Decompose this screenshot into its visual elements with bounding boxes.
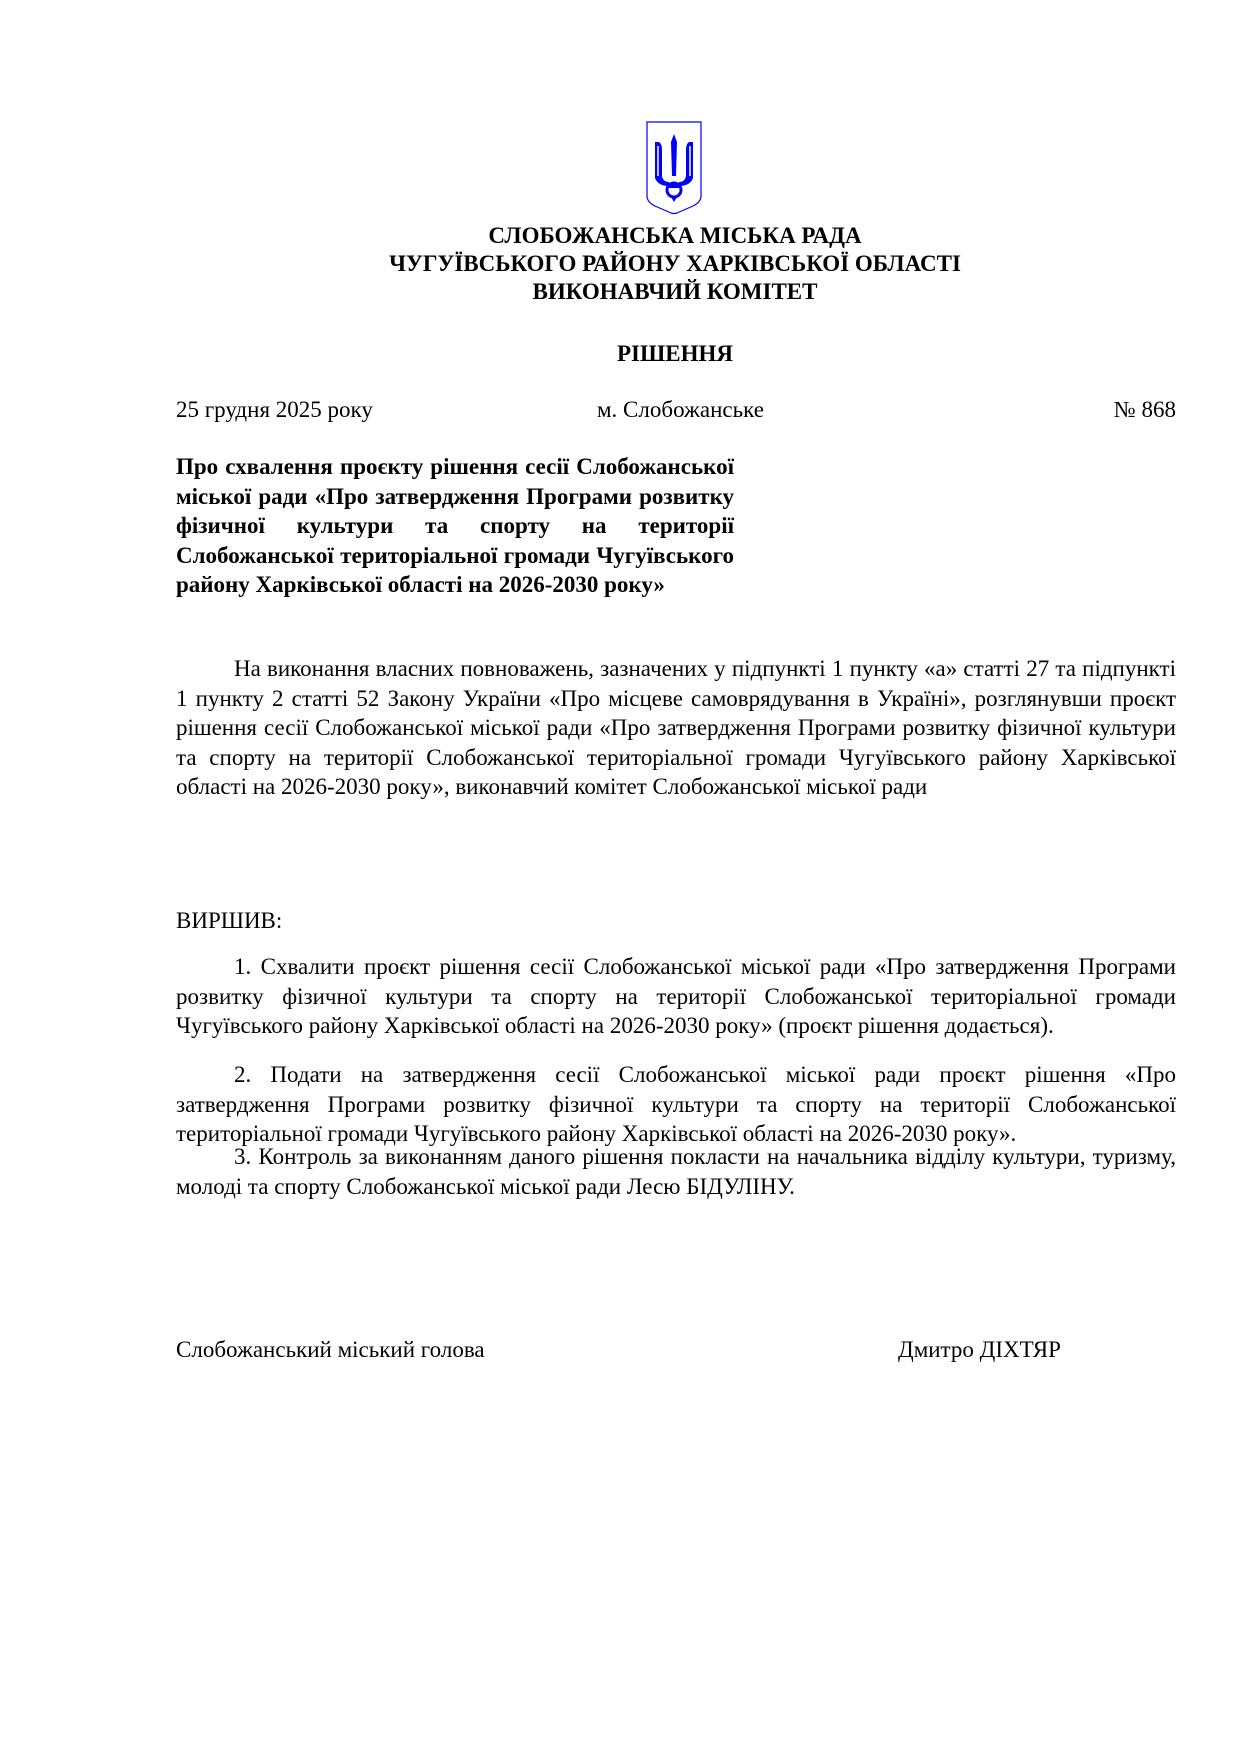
resolution-item-1: 1. Схвалити проєкт рішення сесії Слобожа… xyxy=(176,952,1176,1041)
coat-of-arms-icon xyxy=(645,120,703,215)
resolution-item-3: 3. Контроль за виконанням даного рішення… xyxy=(176,1142,1176,1201)
header-executive-committee: ВИКОНАВЧИЙ КОМІТЕТ xyxy=(0,278,1240,306)
preamble-paragraph: На виконання власних повноважень, зазнач… xyxy=(176,654,1176,802)
signatory-title: Слобожанський міський голова xyxy=(176,1335,485,1365)
resolved-label: ВИРШИВ: xyxy=(176,906,1176,936)
header-council-name: СЛОБОЖАНСЬКА МІСЬКА РАДА xyxy=(0,222,1240,250)
decision-date: 25 грудня 2025 року xyxy=(176,395,373,425)
document-page: СЛОБОЖАНСЬКА МІСЬКА РАДА ЧУГУЇВСЬКОГО РА… xyxy=(0,0,1240,1754)
resolution-item-2: 2. Подати на затвердження сесії Слобожан… xyxy=(176,1060,1176,1149)
document-title: РІШЕННЯ xyxy=(0,340,1240,368)
organization-header: СЛОБОЖАНСЬКА МІСЬКА РАДА ЧУГУЇВСЬКОГО РА… xyxy=(0,222,1240,306)
header-region-name: ЧУГУЇВСЬКОГО РАЙОНУ ХАРКІВСЬКОЇ ОБЛАСТІ xyxy=(0,250,1240,278)
decision-city: м. Слобожанське xyxy=(597,395,764,425)
decision-number: № 868 xyxy=(1114,395,1176,425)
signatory-name: Дмитро ДІХТЯР xyxy=(898,1335,1061,1365)
decision-subject: Про схвалення проєкту рішення сесії Слоб… xyxy=(176,452,734,600)
decision-meta: 25 грудня 2025 року м. Слобожанське № 86… xyxy=(176,395,1176,425)
